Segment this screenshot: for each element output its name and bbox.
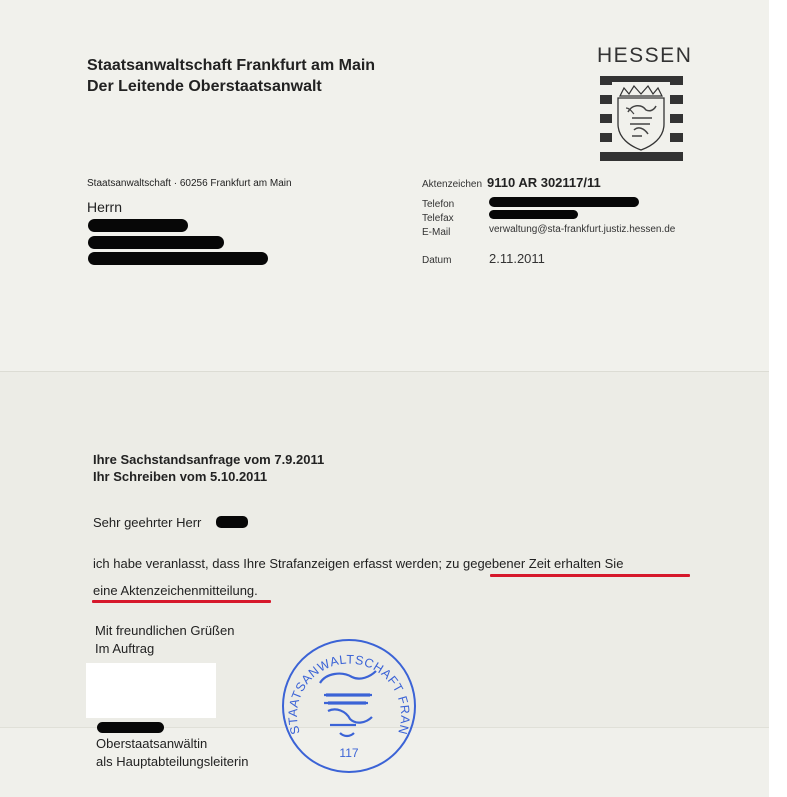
body-text-highlight-1: zu gegebener Zeit erhalten Sie (446, 556, 624, 571)
stamp-number: 117 (339, 746, 358, 760)
red-underline-1 (490, 574, 690, 577)
email-label: E-Mail (422, 227, 450, 238)
signer-title-block: Oberstaatsanwältin als Hauptabteilungsle… (96, 735, 248, 771)
body-line-2: eine Aktenzeichenmitteilung. (93, 583, 258, 598)
body-text-highlight-2: eine Aktenzeichenmitteilung (93, 583, 254, 598)
body-text-tail: . (254, 583, 258, 598)
datum-value: 2.11.2011 (489, 251, 545, 266)
closing-block: Mit freundlichen Grüßen Im Auftrag (95, 622, 234, 658)
aktenzeichen-label: Aktenzeichen (422, 179, 482, 190)
redacted-recipient-name (88, 219, 188, 232)
subject-line-inquiry: Ihre Sachstandsanfrage vom 7.9.2011 (93, 451, 324, 468)
aktenzeichen-value: 9110 AR 302117/11 (487, 175, 601, 190)
return-address: Staatsanwaltschaft · 60256 Frankfurt am … (87, 178, 292, 189)
red-underline-2 (92, 600, 271, 603)
subject-line-letter: Ihr Schreiben vom 5.10.2011 (93, 468, 324, 485)
whited-out-signature (86, 663, 216, 718)
email-value: verwaltung@sta-frankfurt.justiz.hessen.d… (489, 224, 675, 235)
closing-greeting: Mit freundlichen Grüßen (95, 622, 234, 640)
body-text-plain: ich habe veranlasst, dass Ihre Strafanze… (93, 556, 446, 571)
redacted-recipient-city (88, 252, 268, 265)
state-logo-text: HESSEN (597, 44, 692, 68)
datum-label: Datum (422, 255, 451, 266)
sender-authority: Staatsanwaltschaft Frankfurt am Main (87, 55, 375, 76)
closing-on-behalf: Im Auftrag (95, 640, 234, 658)
hessen-lion-crest-icon (612, 82, 670, 152)
letter-salutation: Sehr geehrter Herr (93, 515, 201, 530)
salutation-text: Sehr geehrter Herr (93, 515, 201, 530)
sender-title: Der Leitende Oberstaatsanwalt (87, 76, 375, 97)
redacted-salutation-name (216, 516, 248, 528)
signer-role: als Hauptabteilungsleiterin (96, 753, 248, 771)
telefon-label: Telefon (422, 199, 454, 210)
sender-block: Staatsanwaltschaft Frankfurt am Main Der… (87, 55, 375, 97)
body-line-1: ich habe veranlasst, dass Ihre Strafanze… (93, 556, 623, 571)
recipient-salutation: Herrn (87, 199, 122, 215)
stamp-circular-text: STAATSANWALTSCHAFT FRANKFURT AM MAIN (280, 637, 412, 736)
official-stamp-icon: STAATSANWALTSCHAFT FRANKFURT AM MAIN 117 (280, 637, 418, 775)
svg-text:STAATSANWALTSCHAFT FRANKFURT A: STAATSANWALTSCHAFT FRANKFURT AM MAIN (280, 637, 412, 736)
subject-block: Ihre Sachstandsanfrage vom 7.9.2011 Ihr … (93, 451, 324, 485)
telefax-label: Telefax (422, 213, 454, 224)
redacted-telefon (489, 197, 639, 207)
redacted-signer-name (97, 722, 164, 733)
signer-title: Oberstaatsanwältin (96, 735, 248, 753)
redacted-recipient-street (88, 236, 224, 249)
redacted-telefax (489, 210, 578, 219)
